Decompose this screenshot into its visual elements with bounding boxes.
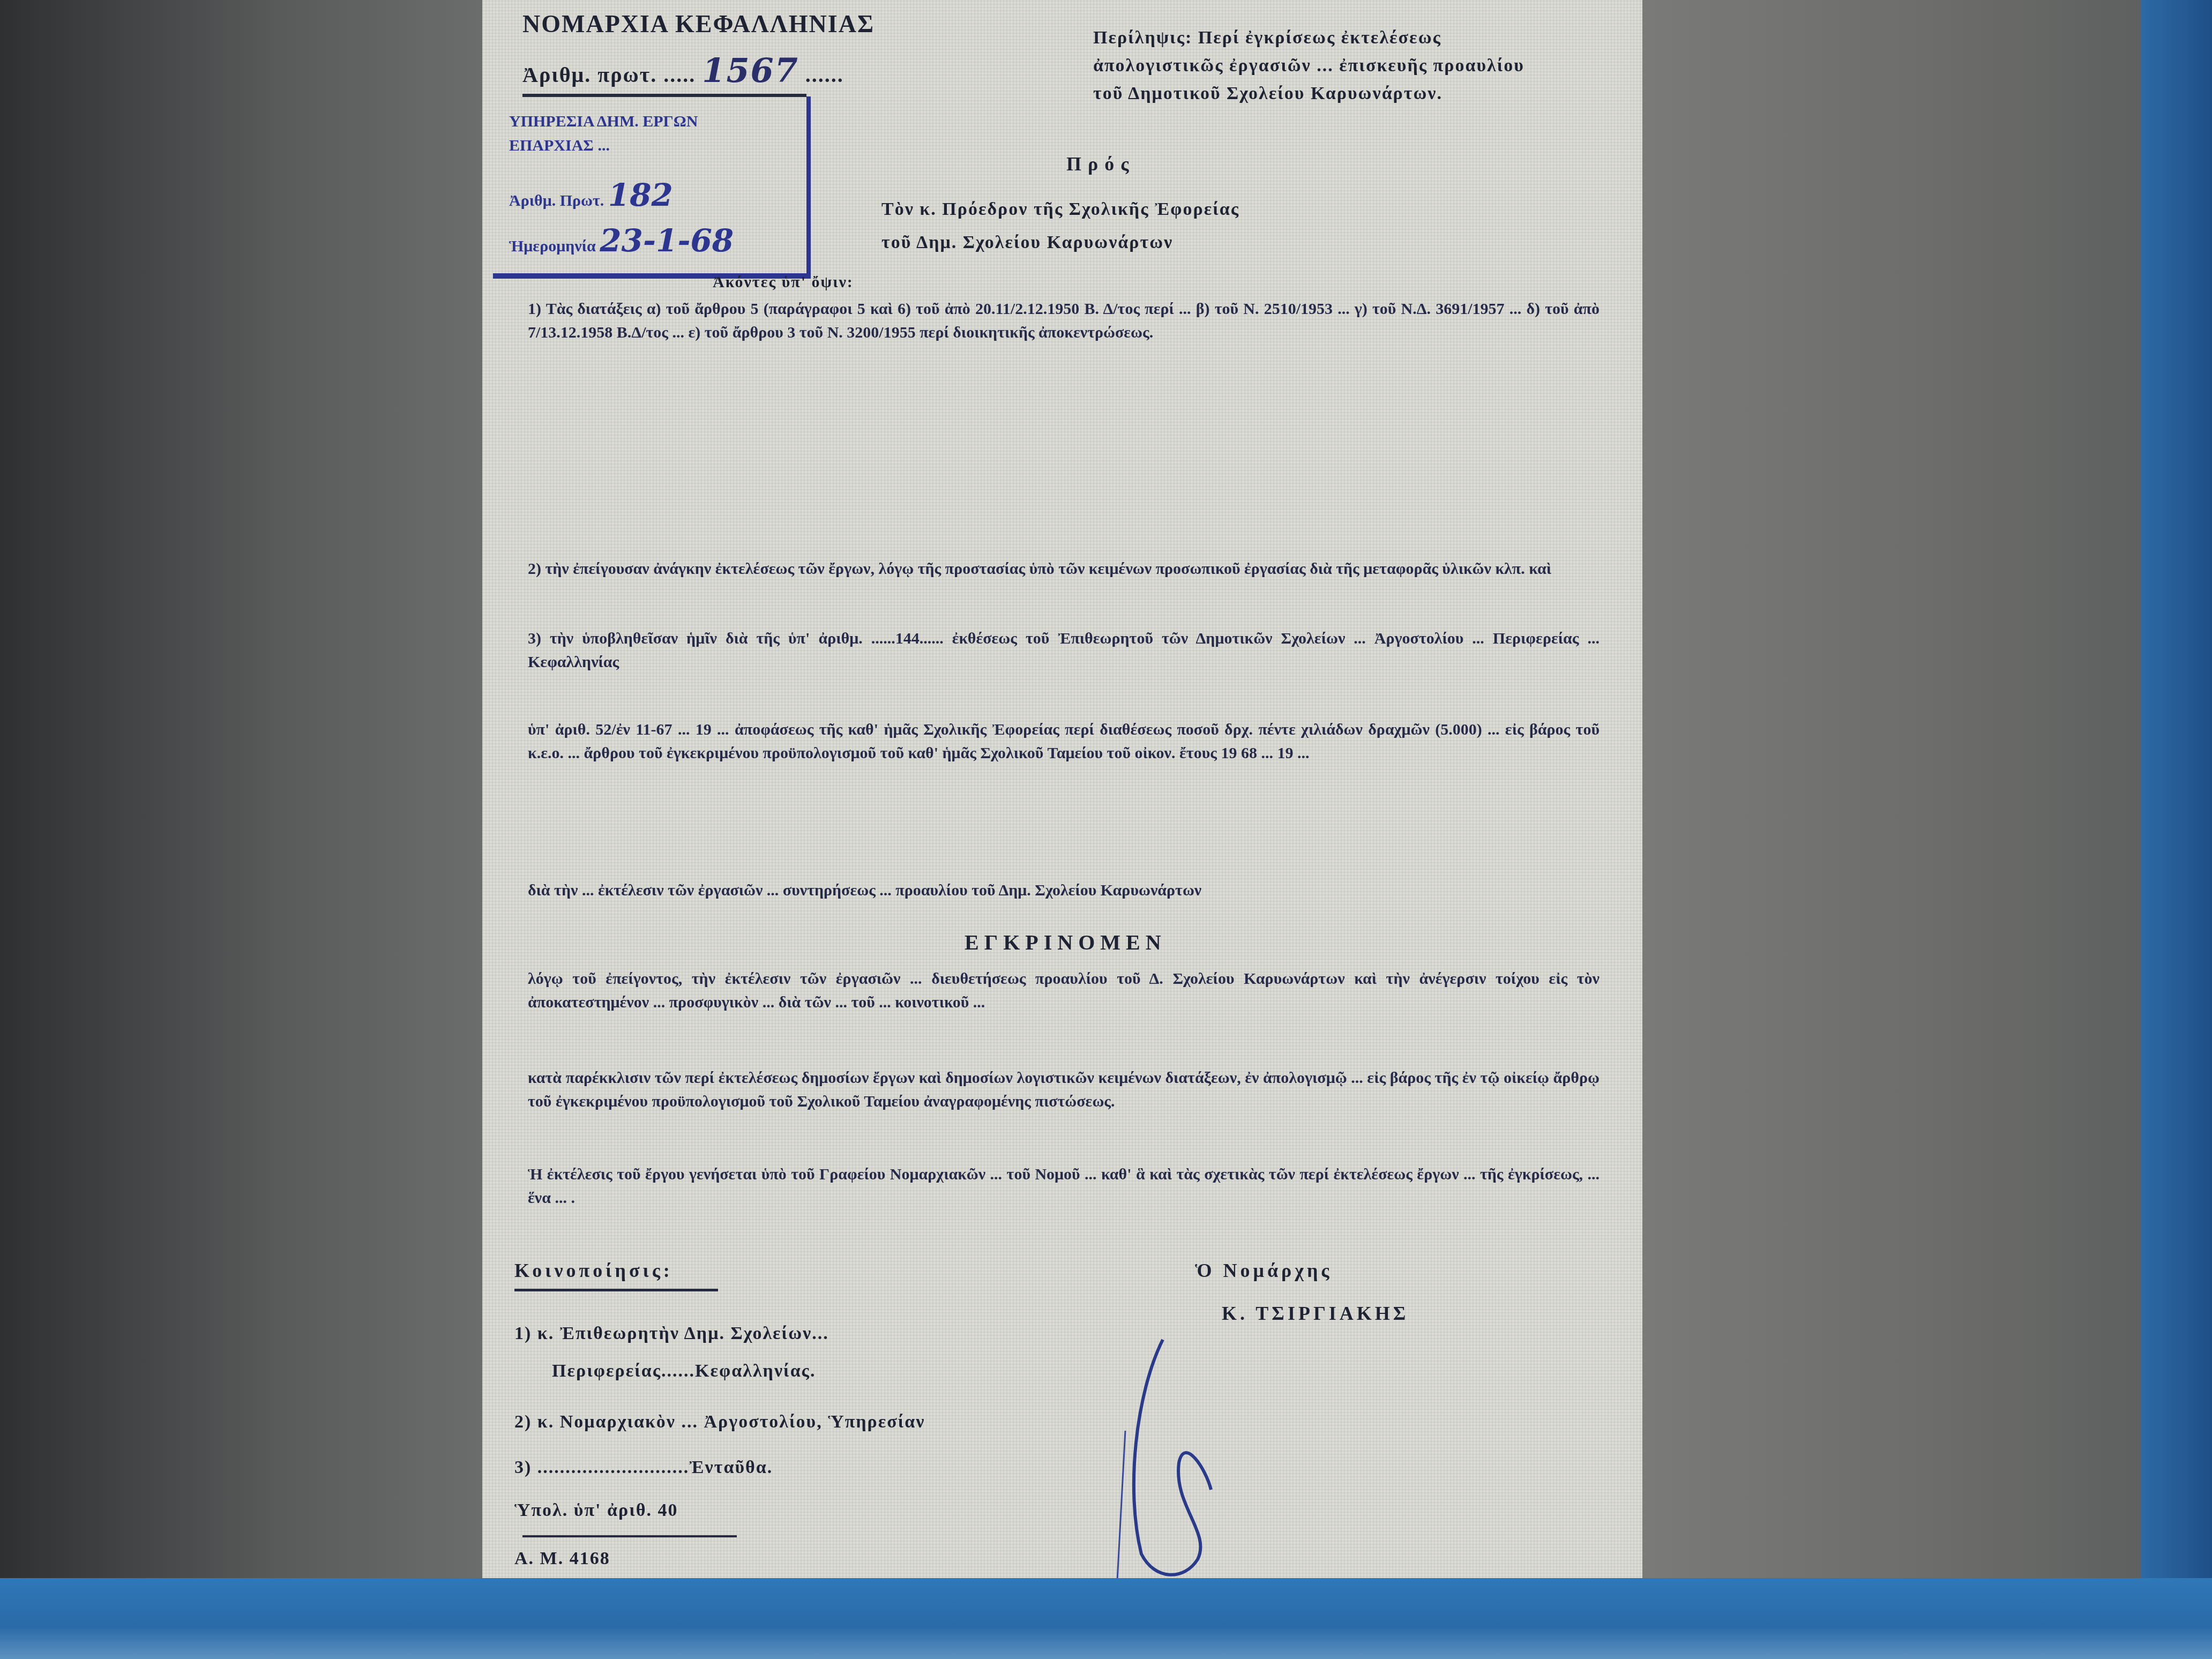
cc-rule — [514, 1289, 718, 1291]
approval-paragraph: λόγῳ τοῦ ἐπείγοντος, τὴν ἐκτέλεσιν τῶν ἐ… — [528, 967, 1600, 1014]
approval-paragraph: Ἡ ἐκτέλεσις τοῦ ἔργου γενήσεται ὑπὸ τοῦ … — [528, 1163, 1600, 1210]
cc-item: Ὑπολ. ὑπ' ἀριθ. 40 — [514, 1500, 678, 1521]
paragraph: διὰ τὴν ... ἐκτέλεσιν τῶν ἐργασιῶν ... σ… — [528, 879, 1600, 902]
stamp-prot-value: 182 — [608, 177, 673, 213]
protocol-label: Ἀριθμ. πρωτ. — [522, 63, 657, 87]
cc-heading: Κοινοποίησις: — [514, 1259, 673, 1282]
registry-stamp: ΥΠΗΡΕΣΙΑ ΔΗΜ. ΕΡΓΩΝ ΕΠΑΡΧΙΑΣ ... Ἀριθμ. … — [493, 96, 811, 279]
stamp-date-label: Ἡμερομηνία — [509, 237, 596, 255]
signer-title: Ὁ Νομάρχης — [1195, 1259, 1333, 1282]
approval-heading: ΕΓΚΡΙΝΟΜΕΝ — [965, 930, 1167, 955]
signer-name: Κ. ΤΣΙΡΓΙΑΚΗΣ — [1222, 1302, 1409, 1325]
approval-paragraph: κατὰ παρέκκλισιν τῶν περί ἐκτελέσεως δημ… — [528, 1066, 1600, 1114]
cc-rule — [522, 1535, 737, 1537]
taskbar[interactable] — [0, 1578, 2212, 1659]
stamp-line: ΥΠΗΡΕΣΙΑ ΔΗΜ. ΕΡΓΩΝ — [509, 113, 698, 131]
cc-item: Α. Μ. 4168 — [514, 1549, 610, 1569]
paragraph: 2) τὴν ἐπείγουσαν ἀνάγκην ἐκτελέσεως τῶν… — [528, 557, 1600, 581]
addressee-heading: Πρός — [1066, 153, 1135, 175]
issuing-authority: ΝΟΜΑΡΧΙΑ ΚΕΦΑΛΛΗΝΙΑΣ — [522, 10, 875, 38]
cc-item: 3) ...........................Ἐνταῦθα. — [514, 1458, 773, 1478]
protocol-number: Ἀριθμ. πρωτ. ..... 1567 ...... — [522, 51, 844, 90]
stamp-date-value: 23-1-68 — [600, 222, 734, 259]
protocol-value: 1567 — [702, 51, 799, 90]
recipient-line: Τὸν κ. Πρόεδρον τῆς Σχολικῆς Ἐφορείας — [881, 193, 1239, 226]
handwritten-signature — [1104, 1329, 1243, 1586]
cc-item: 2) κ. Νομαρχιακὸν ... Ἀργοστολίου, Ὑπηρε… — [514, 1412, 925, 1432]
subject-summary: Περίληψις: Περί ἐγκρίσεως ἐκτελέσεως ἀπο… — [1093, 24, 1533, 108]
cc-item: 1) κ. Ἐπιθεωρητὴν Δημ. Σχολείων... — [514, 1324, 829, 1344]
desktop-background-right — [1642, 0, 2141, 1578]
scanned-document-page[interactable]: ΝΟΜΑΡΧΙΑ ΚΕΦΑΛΛΗΝΙΑΣ Ἀριθμ. πρωτ. ..... … — [482, 0, 1642, 1600]
considerations-intro: Ἀκόντες ὑπ' ὄψιν: — [713, 273, 854, 292]
paragraph: 1) Τὰς διατάξεις α) τοῦ ἄρθρου 5 (παράγρ… — [528, 297, 1600, 345]
recipient: Τὸν κ. Πρόεδρον τῆς Σχολικῆς Ἐφορείας το… — [881, 193, 1239, 259]
stamp-line: ΕΠΑΡΧΙΑΣ ... — [509, 137, 610, 155]
paragraph: ὑπ' ἀριθ. 52/ἐν 11-67 ... 19 ... ἀποφάσε… — [528, 718, 1600, 765]
paragraph: 3) τὴν ὑποβληθεῖσαν ἡμῖν διὰ τῆς ὑπ' ἀρι… — [528, 627, 1600, 674]
window-border — [2141, 0, 2212, 1659]
recipient-line: τοῦ Δημ. Σχολείου Καρυωνάρτων — [881, 226, 1239, 259]
desktop-background-left — [0, 0, 482, 1608]
stamp-prot-label: Ἀριθμ. Πρωτ. — [509, 192, 604, 210]
cc-item: Περιφερείας......Κεφαλληνίας. — [552, 1361, 816, 1381]
